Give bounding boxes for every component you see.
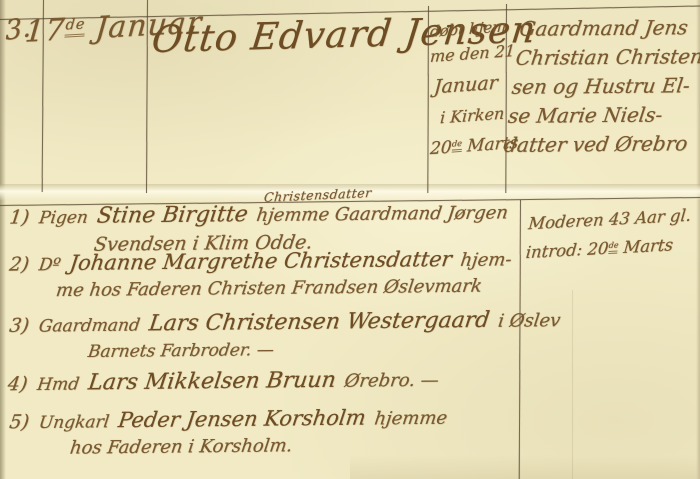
date-ordinal: de [65,16,86,37]
sponsor-3-detail: i Øslev [497,310,562,332]
sponsor-4-number: 4) [7,373,29,395]
fold-shadow [350,455,700,479]
sponsor-3-name: Lars Christensen Westergaard [147,308,491,337]
sponsor-3-number: 3) [8,315,30,337]
church-baptism-day: 20 [429,137,452,159]
baptism-note-line4: i Kirken [439,104,505,128]
sponsor-4-title: Hmd [36,374,80,394]
sponsor-2-number: 2) [8,253,30,275]
parents-line5: datter ved Ørebro [502,129,700,160]
sponsor-5-name: Peder Jensen Korsholm [117,406,367,433]
page-left-edge-shadow [0,0,6,479]
sponsor-item-4: 4)HmdLars Mikkelsen BruunØrebro. — [6,367,440,397]
sponsor-1-number: 1) [8,206,30,228]
sponsor-4-name: Lars Mikkelsen Bruun [87,368,338,396]
sponsor-4-detail: Ørebro. — [343,370,440,392]
sponsor-item-3: 3)GaardmandLars Christensen Westergaardi… [5,307,562,363]
parents-line1: Gaardmand Jens [518,13,700,44]
sponsor-2-name: Johanne Margrethe Christensdatter [68,247,453,275]
sponsor-5-line2: hos Faderen i Korsholm. [69,434,445,459]
baptism-note-line3: Januar [433,72,498,99]
sponsor-2-title: Dº [38,255,62,275]
sponsor-item-5: 5)UngkarlPeder Jensen Korsholmhjemme hos… [5,405,449,460]
parents-line2: Christian Christen- [514,42,700,73]
sponsor-2-line2: me hos Faderen Christen Frandsen Øslevma… [55,275,510,301]
mother-note: Moderen 43 Aar gl. introd: 20de Marts [525,203,692,267]
sponsor-1-title: Pigen [38,208,89,229]
sponsor-item-2: 2)DºJohanne Margrethe Christensdatterhje… [5,246,514,301]
sponsor-3-title: Gaardmand [38,315,142,336]
introduction-month: Marts [617,235,674,257]
date-day: 17 [24,12,67,49]
sponsor-5-detail: hjemme [373,408,448,430]
sponsor-3-line2: Barnets Farbroder. — [87,337,558,362]
sponsor-5-title: Ungkarl [38,412,111,433]
sponsor-2-detail: hjem- [459,249,513,271]
sponsor-5-number: 5) [8,411,30,433]
parents-line3: sen og Hustru El- [510,71,700,102]
sponsor-1-name: Stine Birgitte [95,202,249,229]
parents-line4: se Marie Niels- [506,100,700,131]
parents-names: Gaardmand Jens Christian Christen- sen o… [502,13,700,160]
paper-crease-line [572,290,573,479]
register-page-scan: 3. 17de Januar Otto Edvard Jensen døbt h… [0,0,700,479]
sponsor-1-detail: hjemme Gaardmand Jørgen [255,202,509,226]
introduction-date: introd: 20 [525,239,609,262]
